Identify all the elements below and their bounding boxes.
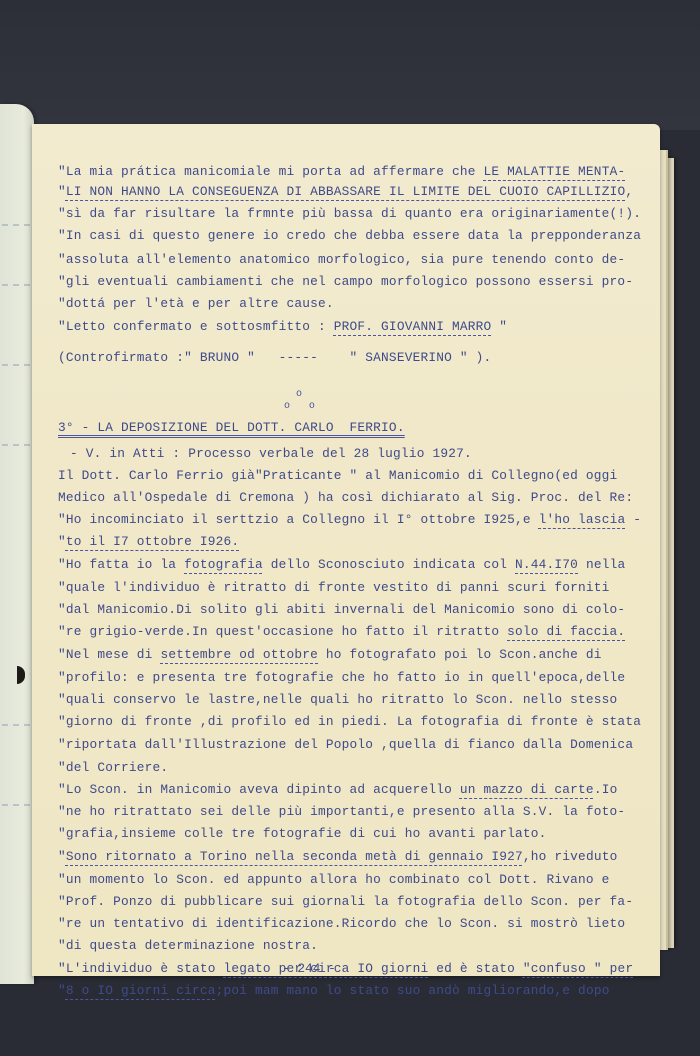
body-line: "riportata dall'Illustrazione del Popolo… (58, 737, 633, 753)
typewritten-page: "La mia prática manicomiale mi porta ad … (32, 124, 660, 976)
body-line: "Prof. Ponzo di pubblicare sui giornali … (58, 894, 633, 910)
bleed-through-mark (2, 364, 30, 368)
body-line: Il Dott. Carlo Ferrio già"Praticante " a… (58, 468, 617, 484)
reference-line: - V. in Atti : Processo verbale del 28 l… (70, 446, 472, 462)
page-number: - 244 - (282, 961, 336, 976)
text-line: "assoluta all'elemento anatomico morfolo… (58, 252, 625, 268)
text-line: "In casi di questo genere io credo che d… (58, 228, 641, 244)
body-line: "del Corriere. (58, 760, 168, 776)
text-line: "dottá per l'età e per altre cause. (58, 296, 334, 312)
previous-page-edge (0, 104, 34, 984)
dark-background (0, 0, 700, 130)
bleed-through-mark (2, 724, 30, 728)
bleed-through-mark (2, 224, 30, 228)
text-line: "LI NON HANNO LA CONSEGUENZA DI ABBASSAR… (58, 184, 633, 200)
body-line: "Ho incominciato il serttzio a Collegno … (58, 512, 641, 528)
body-line: "grafia,insieme colle tre fotografie di … (58, 826, 547, 842)
body-line: "Ho fatta io la fotografia dello Sconosc… (58, 557, 625, 573)
body-line: "Lo Scon. in Manicomio aveva dipinto ad … (58, 782, 617, 798)
section-separator: o (296, 390, 302, 400)
body-line: "ne ho ritrattato sei delle più importan… (58, 804, 625, 820)
bleed-through-mark (2, 804, 30, 808)
body-line: "8 o IO giorni circa;poi mam mano lo sta… (58, 983, 610, 999)
section-heading: 3° - LA DEPOSIZIONE DEL DOTT. CARLO FERR… (58, 420, 405, 436)
body-line: "quale l'individuo è ritratto di fronte … (58, 580, 610, 596)
countersign-line: (Controfirmato :" BRUNO " ----- " SANSEV… (58, 350, 491, 366)
body-line: "profilo: e presenta tre fotografie che … (58, 670, 625, 686)
body-line: "giorno di fronte ,di profilo ed in pied… (58, 714, 641, 730)
bleed-through-mark (2, 284, 30, 288)
body-line: "re un tentativo di identificazione.Rico… (58, 916, 625, 932)
body-line: "di questa determinazione nostra. (58, 938, 318, 954)
body-line: "to il I7 ottobre I926. (58, 534, 239, 550)
body-line: "Nel mese di settembre od ottobre ho fot… (58, 647, 602, 663)
section-separator: o o (284, 402, 315, 412)
text-line: "gli eventuali cambiamenti che nel campo… (58, 274, 633, 290)
signature-line: "Letto confermato e sottosmfitto : PROF.… (58, 319, 507, 335)
body-line: "quali conservo le lastre,nelle quali ho… (58, 692, 617, 708)
body-line: "L'individuo è stato legato per circa IO… (58, 961, 633, 977)
text-line: "La mia prática manicomiale mi porta ad … (58, 164, 625, 180)
text-line: "sì da far risultare la frmnte più bassa… (58, 206, 641, 222)
body-line: "un momento lo Scon. ed appunto allora h… (58, 872, 610, 888)
bleed-through-mark (2, 444, 30, 448)
body-line: "Sono ritornato a Torino nella seconda m… (58, 849, 617, 865)
body-line: "dal Manicomio.Di solito gli abiti inver… (58, 602, 625, 618)
body-line: "re grigio-verde.In quest'occasione ho f… (58, 624, 625, 640)
body-line: Medico all'Ospedale di Cremona ) ha così… (58, 490, 633, 506)
